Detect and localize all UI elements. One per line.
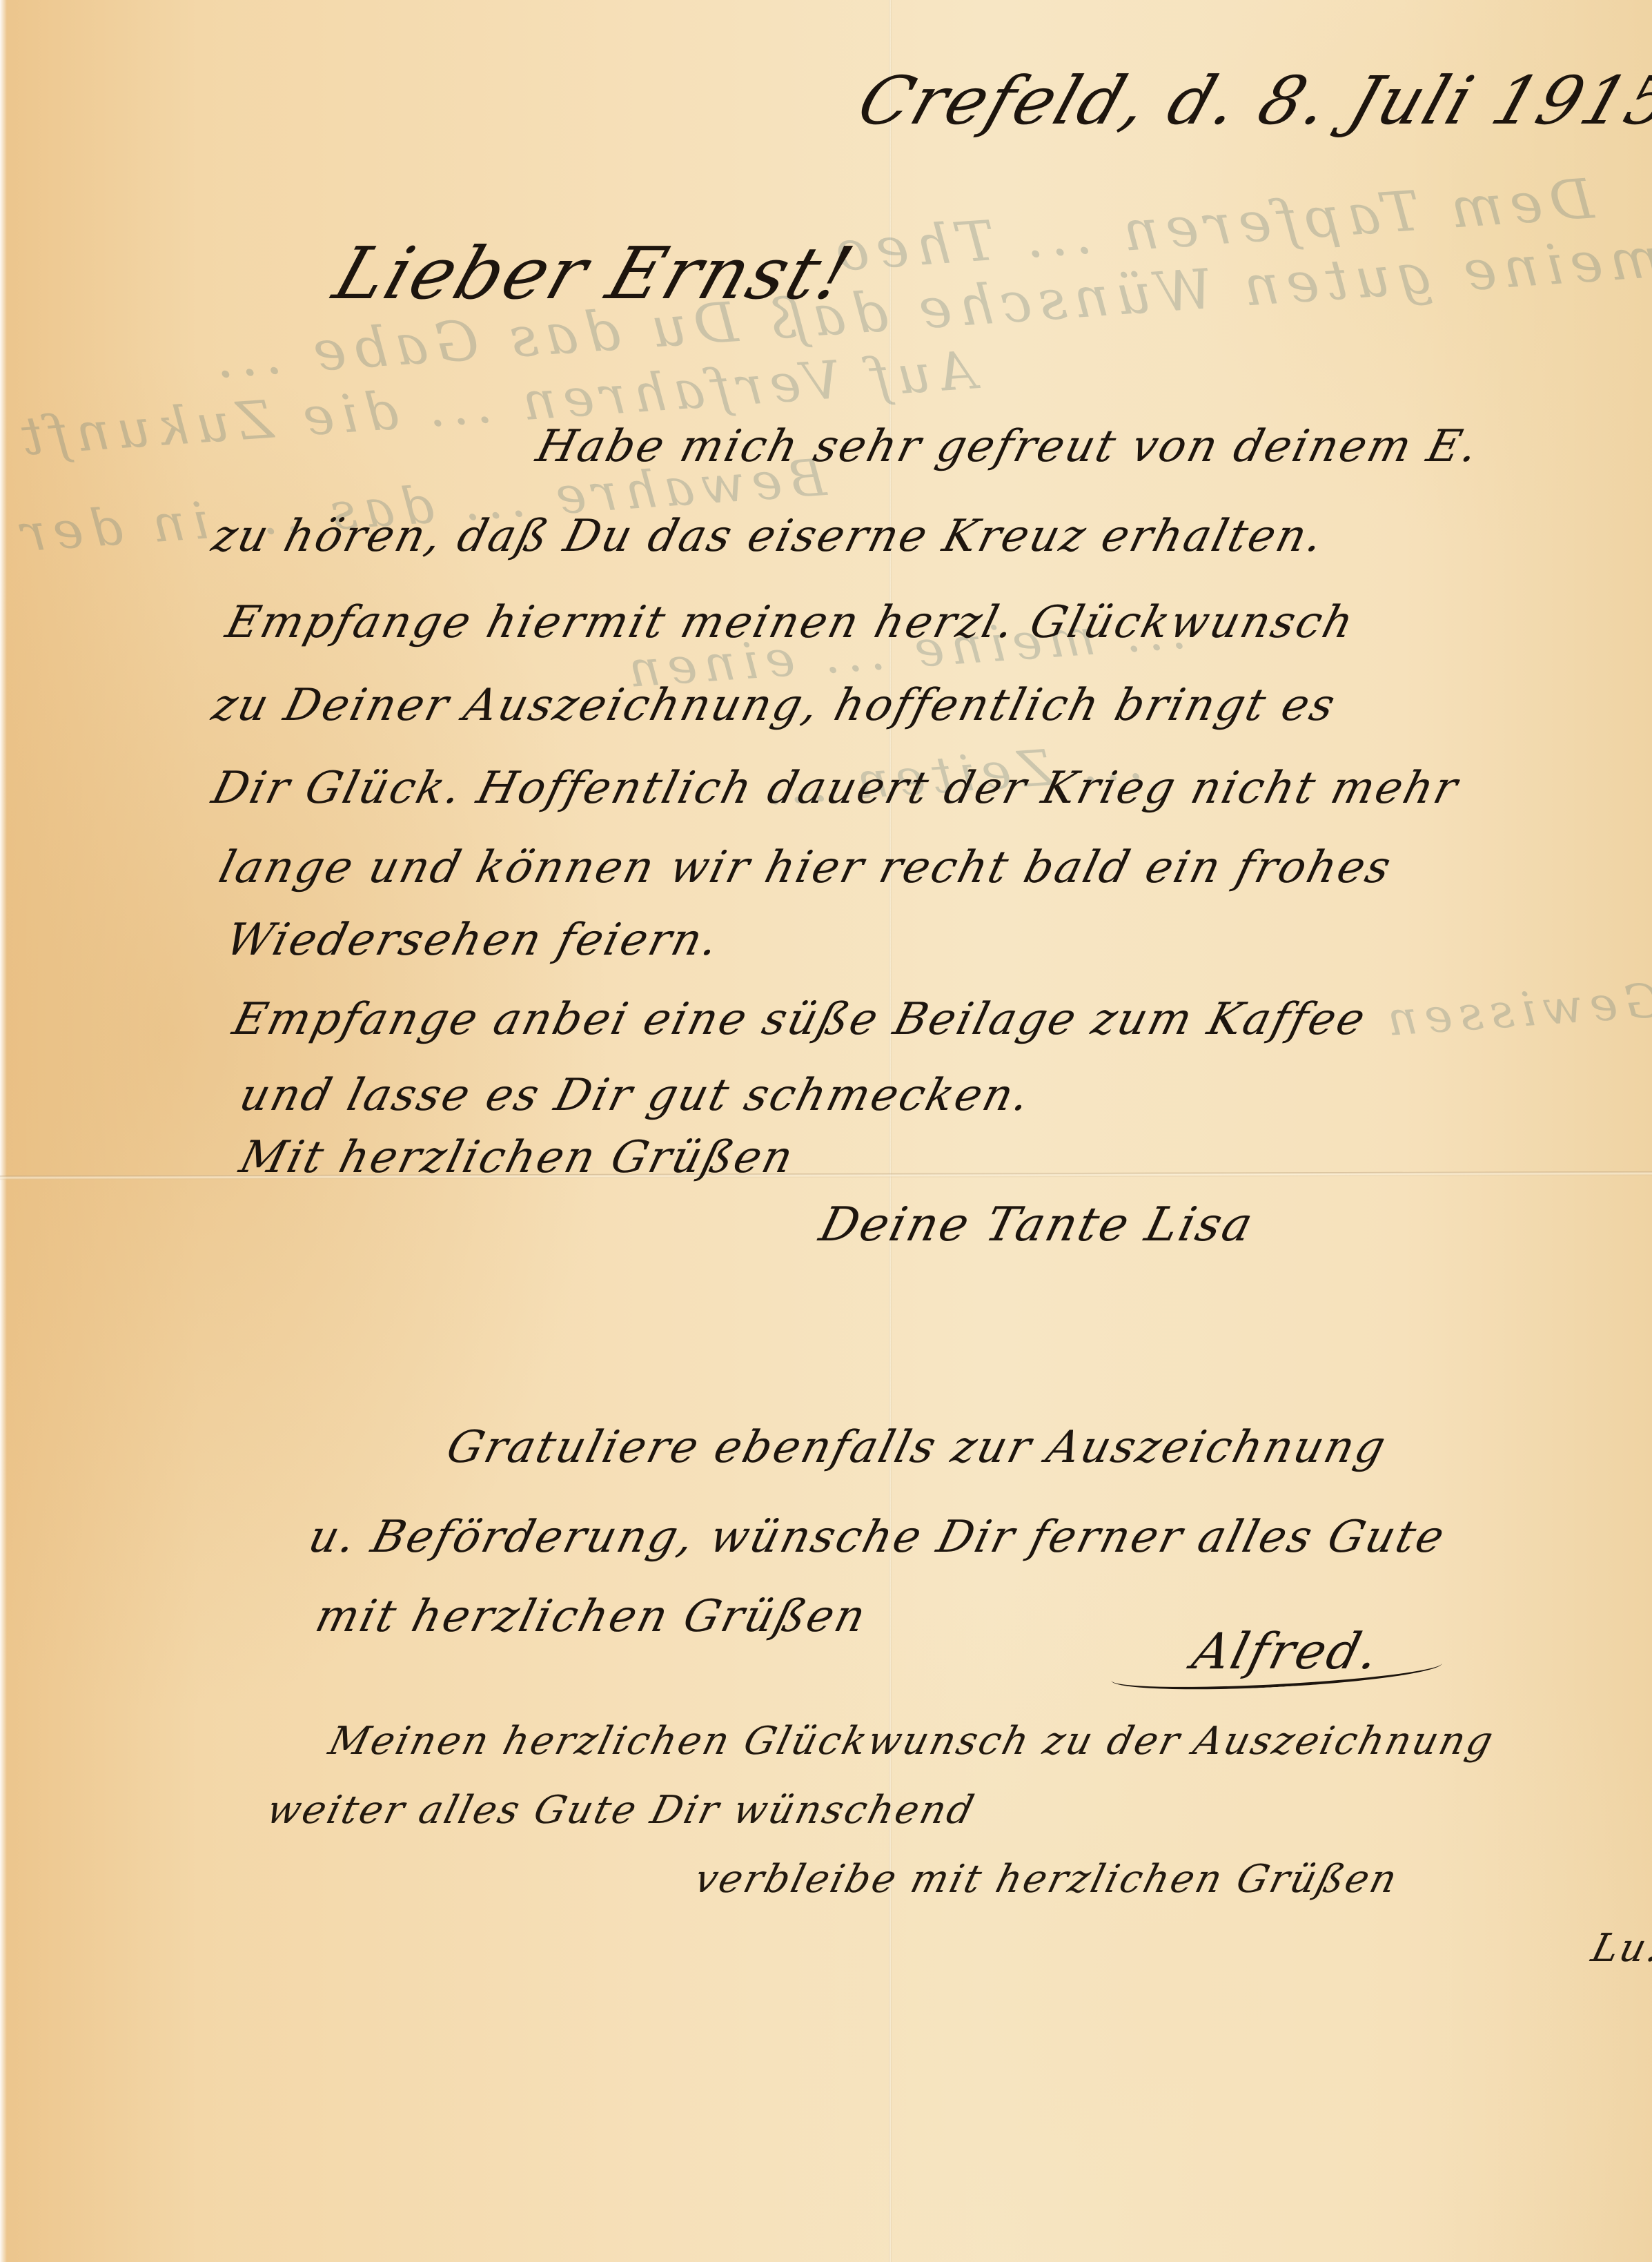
letter-page: Dem Tapferen ... Theo meine guten Wünsch… — [0, 0, 1652, 2262]
salutation: Lieber Ernst! — [324, 231, 865, 315]
letter-line: Wiedersehen feiern. — [221, 915, 725, 966]
letter-line: Habe mich sehr gefreut von deinem E. — [531, 421, 1485, 472]
letter-line: zu hören, daß Du das eiserne Kreuz erhal… — [207, 511, 1330, 562]
closing: Mit herzlichen Grüßen — [235, 1132, 800, 1183]
signature-lisa: Deine Tante Lisa — [814, 1198, 1260, 1252]
bleed-through-line: ... Gewissen — [1379, 967, 1652, 1047]
letter-line: verbleibe mit herzlichen Grüßen — [690, 1857, 1404, 1902]
letter-line: lange und können wir hier recht bald ein… — [214, 842, 1397, 893]
letter-line: Meinen herzlichen Glückwunsch zu der Aus… — [324, 1719, 1499, 1764]
letter-line: Gratuliere ebenfalls zur Auszeichnung — [442, 1422, 1393, 1473]
letter-line: Dir Glück. Hoffentlich dauert der Krieg … — [207, 763, 1464, 814]
paper-edge — [0, 0, 7, 2262]
place-date: Crefeld, d. 8. Juli 1915. — [849, 62, 1652, 139]
letter-line: Empfange hiermit meinen herzl. Glückwuns… — [221, 597, 1360, 648]
letter-line: zu Deiner Auszeichnung, hoffentlich brin… — [207, 680, 1341, 731]
letter-line: Empfange anbei eine süße Beilage zum Kaf… — [228, 994, 1372, 1045]
signature-partial: Lu... — [1587, 1926, 1652, 1971]
letter-line: mit herzlichen Grüßen — [311, 1591, 872, 1642]
letter-line: u. Beförderung, wünsche Dir ferner alles… — [304, 1512, 1451, 1563]
letter-line: weiter alles Gute Dir wünschend — [262, 1788, 980, 1833]
letter-line: und lasse es Dir gut schmecken. — [235, 1070, 1036, 1121]
